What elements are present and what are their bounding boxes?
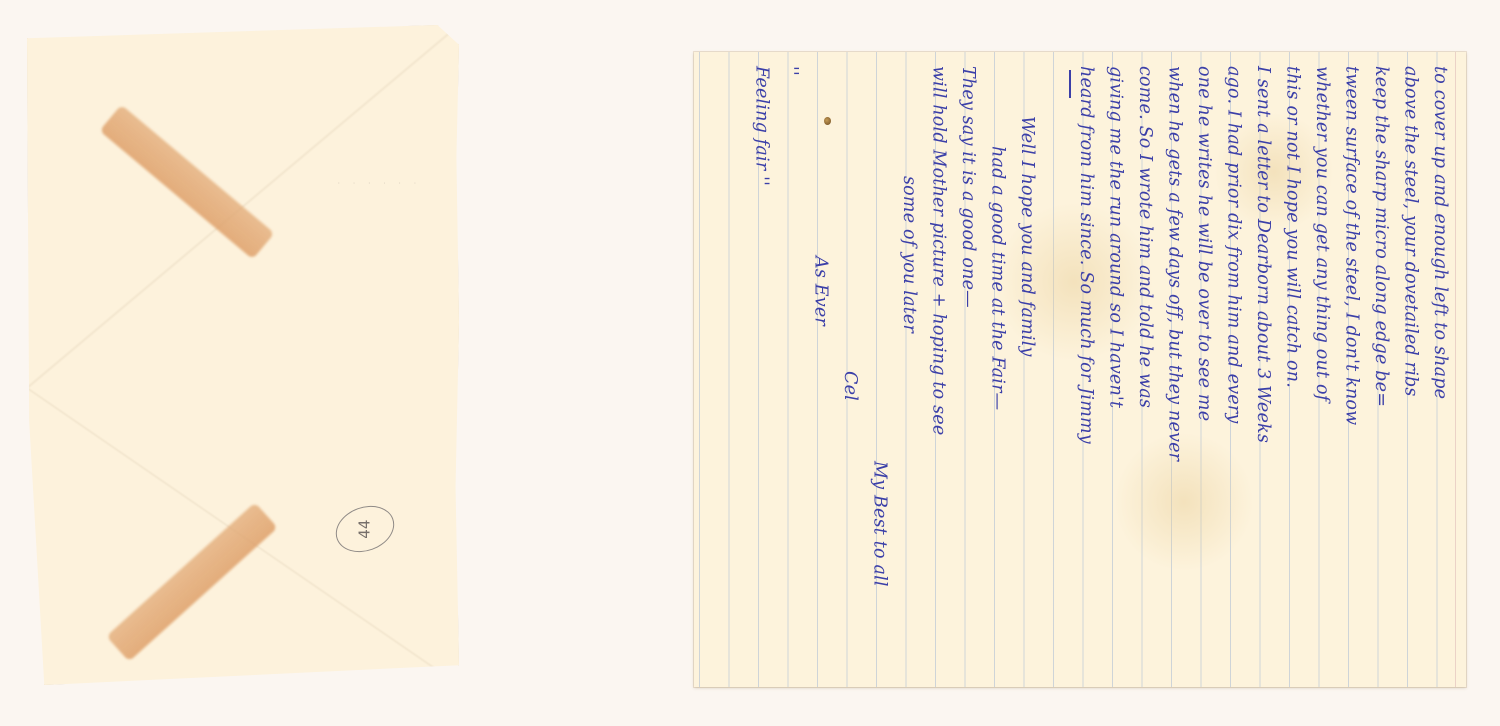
letter-line: when he gets a few days off, but they ne… xyxy=(1159,66,1189,676)
margin-line xyxy=(1455,52,1456,687)
letter-line: Well I hope you and family xyxy=(1012,66,1042,676)
letter-line: this or not I hope you will catch on. xyxy=(1277,66,1307,676)
letter-line: They say it is a good one— xyxy=(953,66,983,676)
section-dash xyxy=(1041,66,1071,676)
letter-line: tween surface of the steel, I don't know xyxy=(1336,66,1366,676)
postscript-open-quote: '' xyxy=(776,66,806,676)
letter-line: heard from him since. So much for Jimmy xyxy=(1071,66,1101,676)
envelope-back: · · · · · · 44 xyxy=(27,25,459,685)
letter-line: whether you can get any thing out of xyxy=(1307,66,1337,676)
letter-line: I sent a letter to Dearborn about 3 Week… xyxy=(1248,66,1278,676)
letter-line: ago. I had prior dix from him and every xyxy=(1218,66,1248,676)
closing-line: My Best to all xyxy=(864,66,894,676)
letter-line: to cover up and enough left to shape xyxy=(1425,66,1455,676)
letter-page: to cover up and enough left to shape abo… xyxy=(694,52,1466,687)
letter-line: above the steel, your dovetailed ribs xyxy=(1395,66,1425,676)
letter-line: one he writes he will be over to see me xyxy=(1189,66,1219,676)
signature: Cel xyxy=(835,66,865,676)
letter-line: keep the sharp micro along edge be= xyxy=(1366,66,1396,676)
letter-line: giving me the run around so I haven't xyxy=(1100,66,1130,676)
handwritten-text: to cover up and enough left to shape abo… xyxy=(746,66,1454,676)
letter-line: come. So I wrote him and told he was xyxy=(1130,66,1160,676)
postscript: Feeling fair '' xyxy=(746,66,776,676)
valediction: As Ever xyxy=(805,66,835,676)
archive-number: 44 xyxy=(356,519,374,538)
letter-line: some of you later xyxy=(894,66,924,676)
envelope-flap-folds xyxy=(27,25,459,685)
letter-line: will hold Mother picture + hoping to see xyxy=(923,66,953,676)
faint-show-through-marks: · · · · · · xyxy=(337,180,421,187)
letter-line: had a good time at the Fair— xyxy=(982,66,1012,676)
